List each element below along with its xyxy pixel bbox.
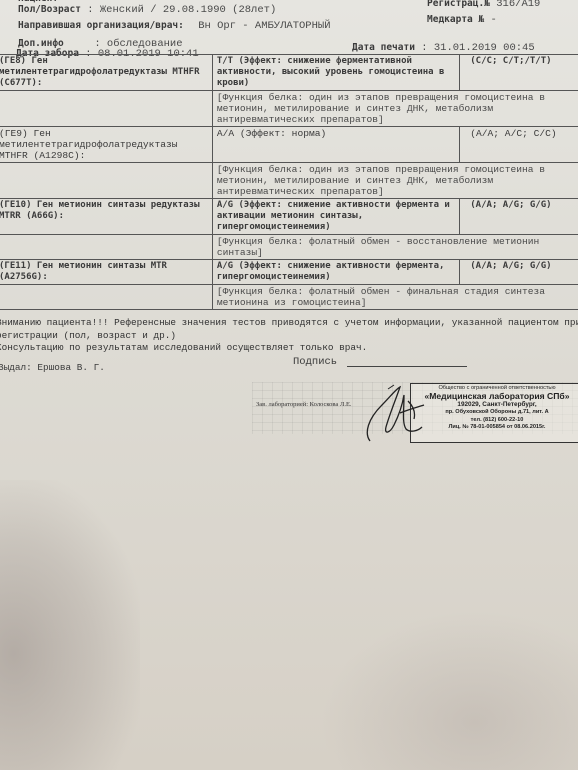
protein-function: [Функция белка: фолатный обмен - финальн… xyxy=(212,285,578,310)
table-row: (ГЕ8) Ген метилентетрагидрофолатредуктаз… xyxy=(0,55,578,91)
table-row: (ГЕ9) Ген метилентетрагидрофолатредуктаз… xyxy=(0,127,578,163)
protein-function: [Функция белка: один из этапов превращен… xyxy=(212,163,578,199)
test-name: (ГЕ8) Ген метилентетрагидрофолатредуктаз… xyxy=(0,55,212,91)
shadow xyxy=(320,610,578,770)
empty-cell xyxy=(0,163,212,199)
registration-row: Регистрац.№ 316/А19 xyxy=(427,0,540,10)
print-date-value: : 31.01.2019 00:45 xyxy=(421,42,534,54)
notice-line: регистрации (пол, возраст и др.) xyxy=(0,330,578,343)
shadow xyxy=(0,480,140,770)
table-row: (ГЕ11) Ген метионин синтазы MTR (A2756G)… xyxy=(0,260,578,285)
issued-by: Выдал: Ершова В. Г. xyxy=(0,362,105,373)
test-name: (ГЕ9) Ген метилентетрагидрофолатредуктаз… xyxy=(0,127,212,163)
table-row: [Функция белка: один из этапов превращен… xyxy=(0,91,578,127)
registration-value: 316/А19 xyxy=(496,0,540,10)
table-row: [Функция белка: фолатный обмен - финальн… xyxy=(0,285,578,310)
notice-line: Вниманию пациента!!! Референсные значени… xyxy=(0,317,578,330)
test-result: A/A (Эффект: норма) xyxy=(212,127,459,163)
test-name: (ГЕ10) Ген метионин синтазы редуктазы MT… xyxy=(0,199,212,235)
medcard-value: - xyxy=(491,14,497,26)
medcard-row: Медкарта № - xyxy=(427,14,497,26)
head-of-lab: Зав. лабораторией: Колоскова Л.Е. xyxy=(256,401,352,408)
print-date-row: Дата печати : 31.01.2019 00:45 xyxy=(352,42,535,54)
test-name: (ГЕ11) Ген метионин синтазы MTR (A2756G)… xyxy=(0,260,212,285)
signature-line xyxy=(347,366,467,367)
table-row: [Функция белка: один из этапов превращен… xyxy=(0,163,578,199)
reference-values: (A/A; A/G; G/G) xyxy=(460,260,578,285)
test-result: A/G (Эффект: снижение активности фермент… xyxy=(212,199,459,235)
test-result: T/T (Эффект: снижение ферментативной акт… xyxy=(212,55,459,91)
lab-report-page: Пациент Пол/Возраст : Женский / 29.08.19… xyxy=(0,0,578,770)
reference-values: (A/A; A/C; C/C) xyxy=(460,127,578,163)
handwritten-signature-icon xyxy=(360,383,440,443)
patient-notice: Вниманию пациента!!! Референсные значени… xyxy=(0,317,578,355)
notice-line: Консультацию по результатам исследований… xyxy=(0,342,578,355)
sex-age-value: : Женский / 29.08.1990 (28лет) xyxy=(87,4,276,16)
medcard-label: Медкарта № xyxy=(427,14,484,25)
sex-age-label: Пол/Возраст xyxy=(18,4,81,15)
test-result: A/G (Эффект: снижение активности фермент… xyxy=(212,260,459,285)
signature-label: Подпись xyxy=(293,356,337,368)
table-row: [Функция белка: фолатный обмен - восстан… xyxy=(0,235,578,260)
protein-function: [Функция белка: фолатный обмен - восстан… xyxy=(212,235,578,260)
results-table: (ГЕ8) Ген метилентетрагидрофолатредуктаз… xyxy=(0,54,578,310)
print-date-label: Дата печати xyxy=(352,42,415,53)
empty-cell xyxy=(0,235,212,260)
protein-function: [Функция белка: один из этапов превращен… xyxy=(212,91,578,127)
empty-cell xyxy=(0,91,212,127)
reference-values: (A/A; A/G; G/G) xyxy=(460,199,578,235)
empty-cell xyxy=(0,285,212,310)
referral-value: Вн Орг - АМБУЛАТОРНЫЙ xyxy=(198,20,330,32)
referral-row: Направившая организация/врач: Вн Орг - А… xyxy=(18,20,331,32)
referral-label: Направившая организация/врач: xyxy=(18,20,184,31)
reference-values: (C/C; C/T;/T/T) xyxy=(460,55,578,91)
table-row: (ГЕ10) Ген метионин синтазы редуктазы MT… xyxy=(0,199,578,235)
sex-age-row: Пол/Возраст : Женский / 29.08.1990 (28ле… xyxy=(18,4,276,16)
registration-label: Регистрац.№ xyxy=(427,0,490,9)
